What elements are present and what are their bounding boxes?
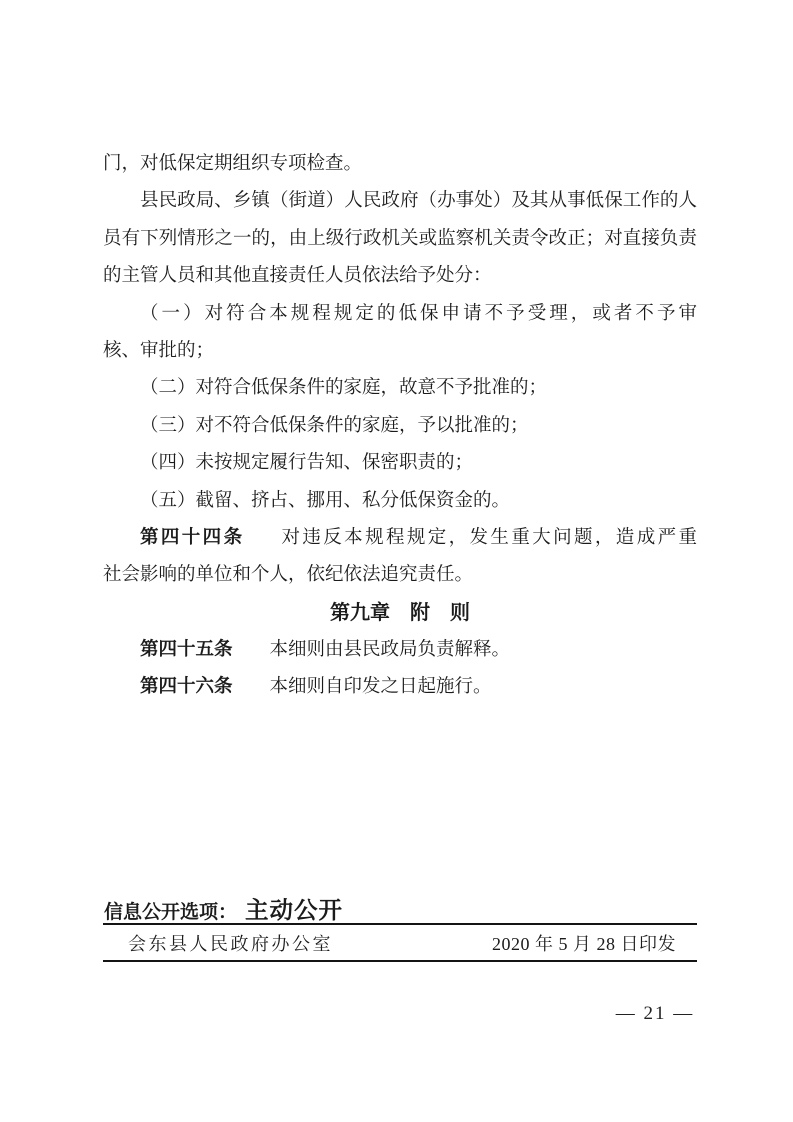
article-45-number: 第四十五条 (140, 640, 233, 660)
body-line-paragraph-start: 县民政局、乡镇（街道）人民政府（办事处）及其从事低保工作的人 (103, 183, 697, 220)
body-line: 的主管人员和其他直接责任人员依法给予处分： (103, 258, 697, 295)
document-body: 门，对低保定期组织专项检查。 县民政局、乡镇（街道）人民政府（办事处）及其从事低… (103, 146, 697, 707)
body-line: 员有下列情形之一的，由上级行政机关或监察机关责令改正；对直接负责 (103, 221, 697, 258)
body-line-continuation: 门，对低保定期组织专项检查。 (103, 146, 697, 183)
body-line: 核、审批的； (103, 333, 697, 370)
body-line-item-3: （三）对不符合低保条件的家庭，予以批准的； (103, 408, 697, 445)
article-44-number: 第四十四条 (140, 528, 244, 548)
body-line-item-5: （五）截留、挤占、挪用、私分低保资金的。 (103, 483, 697, 520)
disclosure-row: 信息公开选项： 主动公开 (104, 891, 698, 922)
body-line-article-46: 第四十六条本细则自印发之日起施行。 (103, 669, 697, 706)
body-line-item-1: （一）对符合本规程规定的低保申请不予受理，或者不予审 (103, 296, 697, 333)
footer-divider-top (103, 923, 697, 925)
document-page: 门，对低保定期组织专项检查。 县民政局、乡镇（街道）人民政府（办事处）及其从事低… (0, 0, 793, 1122)
body-line-article-45: 第四十五条本细则由县民政局负责解释。 (103, 632, 697, 669)
issuing-office: 会东县人民政府办公室 (128, 930, 333, 956)
body-line: 社会影响的单位和个人，依纪依法追究责任。 (103, 557, 697, 594)
imprint-row: 会东县人民政府办公室 2020 年 5 月 28 日印发 (103, 927, 697, 958)
article-46-text: 本细则自印发之日起施行。 (270, 677, 492, 697)
article-45-text: 本细则由县民政局负责解释。 (270, 640, 511, 660)
disclosure-value: 主动公开 (245, 891, 343, 925)
page-number: — 21 — (602, 1001, 708, 1027)
disclosure-label: 信息公开选项： (104, 897, 237, 924)
article-44-text: 对违反本规程规定，发生重大问题，造成严重 (281, 528, 697, 548)
chapter-heading: 第九章 附 则 (103, 595, 697, 632)
article-46-number: 第四十六条 (140, 677, 233, 697)
footer-divider-bottom (103, 960, 697, 962)
print-date: 2020 年 5 月 28 日印发 (492, 930, 676, 956)
body-line-article-44: 第四十四条对违反本规程规定，发生重大问题，造成严重 (103, 520, 697, 557)
body-line-item-4: （四）未按规定履行告知、保密职责的； (103, 445, 697, 482)
body-line-item-2: （二）对符合低保条件的家庭，故意不予批准的； (103, 370, 697, 407)
